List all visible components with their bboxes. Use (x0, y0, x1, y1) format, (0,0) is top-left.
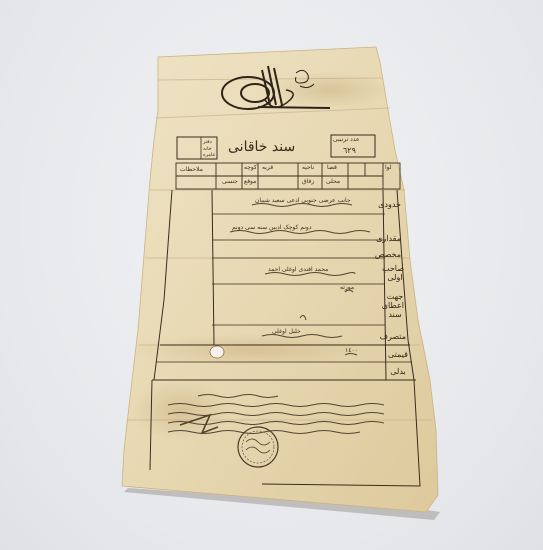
entry-kiymet: ١٤٠٠ (345, 347, 358, 354)
row-label: مقداری (385, 234, 401, 243)
header-col: قریه (262, 164, 273, 171)
document-photo (0, 0, 543, 550)
header-col: محلی (326, 178, 340, 185)
document-title: سند خاقانی (228, 139, 295, 155)
row-label: حدودی (385, 200, 401, 209)
row-label: صاحب اولی (386, 264, 404, 282)
header-col: ملاحظات (180, 166, 203, 173)
header-col: لوا (385, 164, 392, 171)
row-label: مخصص (385, 250, 401, 259)
left-box-line: عامره (203, 152, 216, 158)
header-col: قضا (327, 164, 337, 171)
sequence-number-label: عدد ترتیبی (333, 136, 360, 143)
header-col: جنسی (222, 178, 238, 185)
entry-mutasarrif: خلیل اوغلی (272, 328, 301, 335)
header-col: موقع (244, 178, 256, 185)
header-col: زقاق (302, 178, 314, 185)
row-label: قیمتی (388, 350, 408, 359)
entry-hudud: جانب عرضی جنوبی ادعی سعید شیبان (255, 197, 351, 204)
header-col: کوچه (244, 164, 257, 171)
row-label: متصرف (386, 332, 406, 341)
row-label: بدلی (388, 367, 408, 376)
row-label: جهت اعطای سند (386, 292, 404, 319)
left-box-line: دفتر (203, 139, 212, 145)
header-col: ناحیه (302, 164, 314, 171)
entry-cihet: مورثه (340, 284, 354, 291)
sequence-number: ٦٢٩ (343, 146, 356, 155)
entry-miktar: دونم کوچک ادبین سنه سی دونم (232, 224, 312, 231)
entry-sahib: محمد افندی اوغلی احمد (268, 266, 328, 273)
